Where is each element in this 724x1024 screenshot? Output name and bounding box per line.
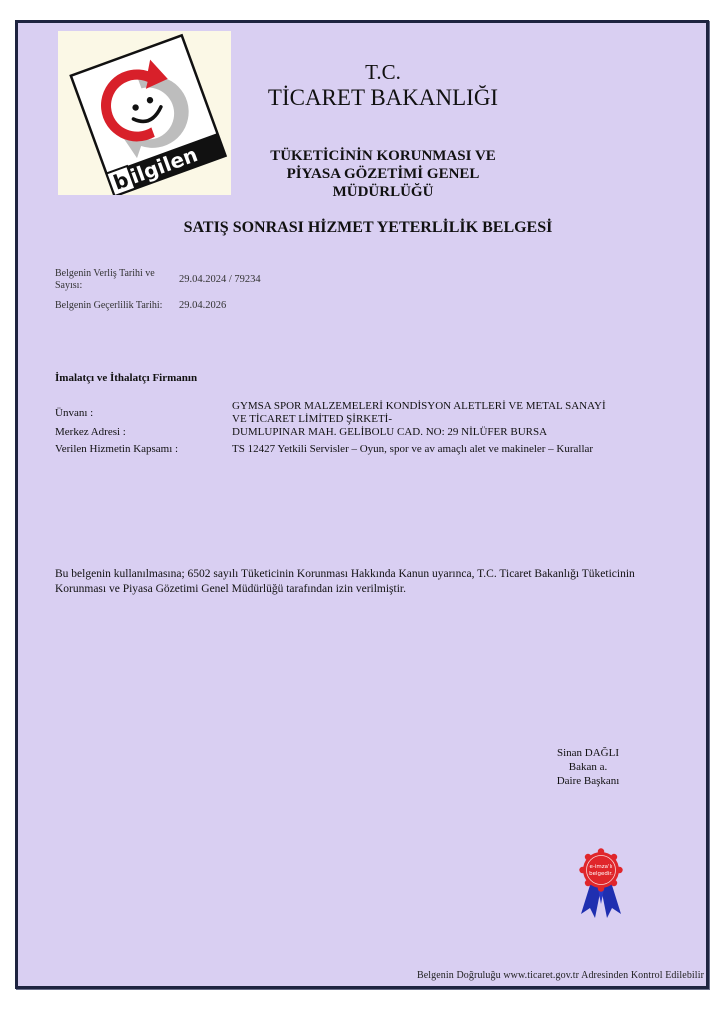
firm-address-label: Merkez Adresi : xyxy=(55,426,232,439)
authorization-statement: Bu belgenin kullanılmasına; 6502 sayılı … xyxy=(55,567,655,597)
validity-value: 29.04.2026 xyxy=(179,300,226,312)
seal-line-1: e-imza'lı xyxy=(589,864,613,870)
department-heading: TÜKETİCİNİN KORUNMASI VE PİYASA GÖZETİMİ… xyxy=(233,147,533,201)
ministry-heading: TİCARET BAKANLIĞI xyxy=(233,85,533,111)
validity-label: Belgenin Geçerlilik Tarihi: xyxy=(55,300,179,312)
department-line: TÜKETİCİNİN KORUNMASI VE xyxy=(233,147,533,165)
verification-footer: Belgenin Doğruluğu www.ticaret.gov.tr Ad… xyxy=(417,970,704,981)
smiley-recycle-arrows-logo-icon: b ilgilen xyxy=(58,31,231,195)
state-heading: T.C. xyxy=(243,60,523,84)
signer-on-behalf: Bakan a. xyxy=(528,760,648,774)
signer-name: Sinan DAĞLI xyxy=(528,746,648,760)
rosette-ribbon-icon: e-imza'lı belgedir. xyxy=(573,848,629,920)
issue-value: 29.04.2024 / 79234 xyxy=(179,274,261,286)
issue-row: Belgenin Verliş Tarihi ve Sayısı: 29.04.… xyxy=(55,268,261,292)
seal-line-2: belgedir. xyxy=(589,871,613,877)
signer-position: Daire Başkanı xyxy=(528,774,648,788)
firm-section-title: İmalatçı ve İthalatçı Firmanın xyxy=(55,372,197,384)
signature-block: Sinan DAĞLI Bakan a. Daire Başkanı xyxy=(528,746,648,788)
firm-title-row: Ünvanı : GYMSA SPOR MALZEMELERİ KONDİSYO… xyxy=(55,400,675,426)
certificate-title: SATIŞ SONRASI HİZMET YETERLİLİK BELGESİ xyxy=(148,218,588,238)
firm-scope-value: TS 12427 Yetkili Servisler – Oyun, spor … xyxy=(232,443,675,456)
department-line: PİYASA GÖZETİMİ GENEL xyxy=(233,165,533,183)
certificate-frame: b ilgilen T.C. TİCARET BAKANLIĞI TÜKETİC… xyxy=(15,20,709,989)
firm-title-line: GYMSA SPOR MALZEMELERİ KONDİSYON ALETLER… xyxy=(232,400,675,413)
firm-scope-row: Verilen Hizmetin Kapsamı : TS 12427 Yetk… xyxy=(55,443,675,456)
firm-title-value: GYMSA SPOR MALZEMELERİ KONDİSYON ALETLER… xyxy=(232,400,675,426)
firm-details: Ünvanı : GYMSA SPOR MALZEMELERİ KONDİSYO… xyxy=(55,400,675,456)
bilgilen-logo: b ilgilen xyxy=(58,31,231,195)
certificate-meta: Belgenin Verliş Tarihi ve Sayısı: 29.04.… xyxy=(55,268,261,312)
validity-row: Belgenin Geçerlilik Tarihi: 29.04.2026 xyxy=(55,300,261,312)
issue-label: Belgenin Verliş Tarihi ve Sayısı: xyxy=(55,268,179,292)
e-signature-seal: e-imza'lı belgedir. xyxy=(573,848,629,920)
firm-address-value: DUMLUPINAR MAH. GELİBOLU CAD. NO: 29 NİL… xyxy=(232,426,675,439)
firm-address-row: Merkez Adresi : DUMLUPINAR MAH. GELİBOLU… xyxy=(55,426,675,439)
department-line: MÜDÜRLÜĞÜ xyxy=(233,183,533,201)
firm-title-line: VE TİCARET LİMİTED ŞİRKETİ- xyxy=(232,413,675,426)
firm-scope-label: Verilen Hizmetin Kapsamı : xyxy=(55,443,232,456)
firm-title-label: Ünvanı : xyxy=(55,407,232,420)
